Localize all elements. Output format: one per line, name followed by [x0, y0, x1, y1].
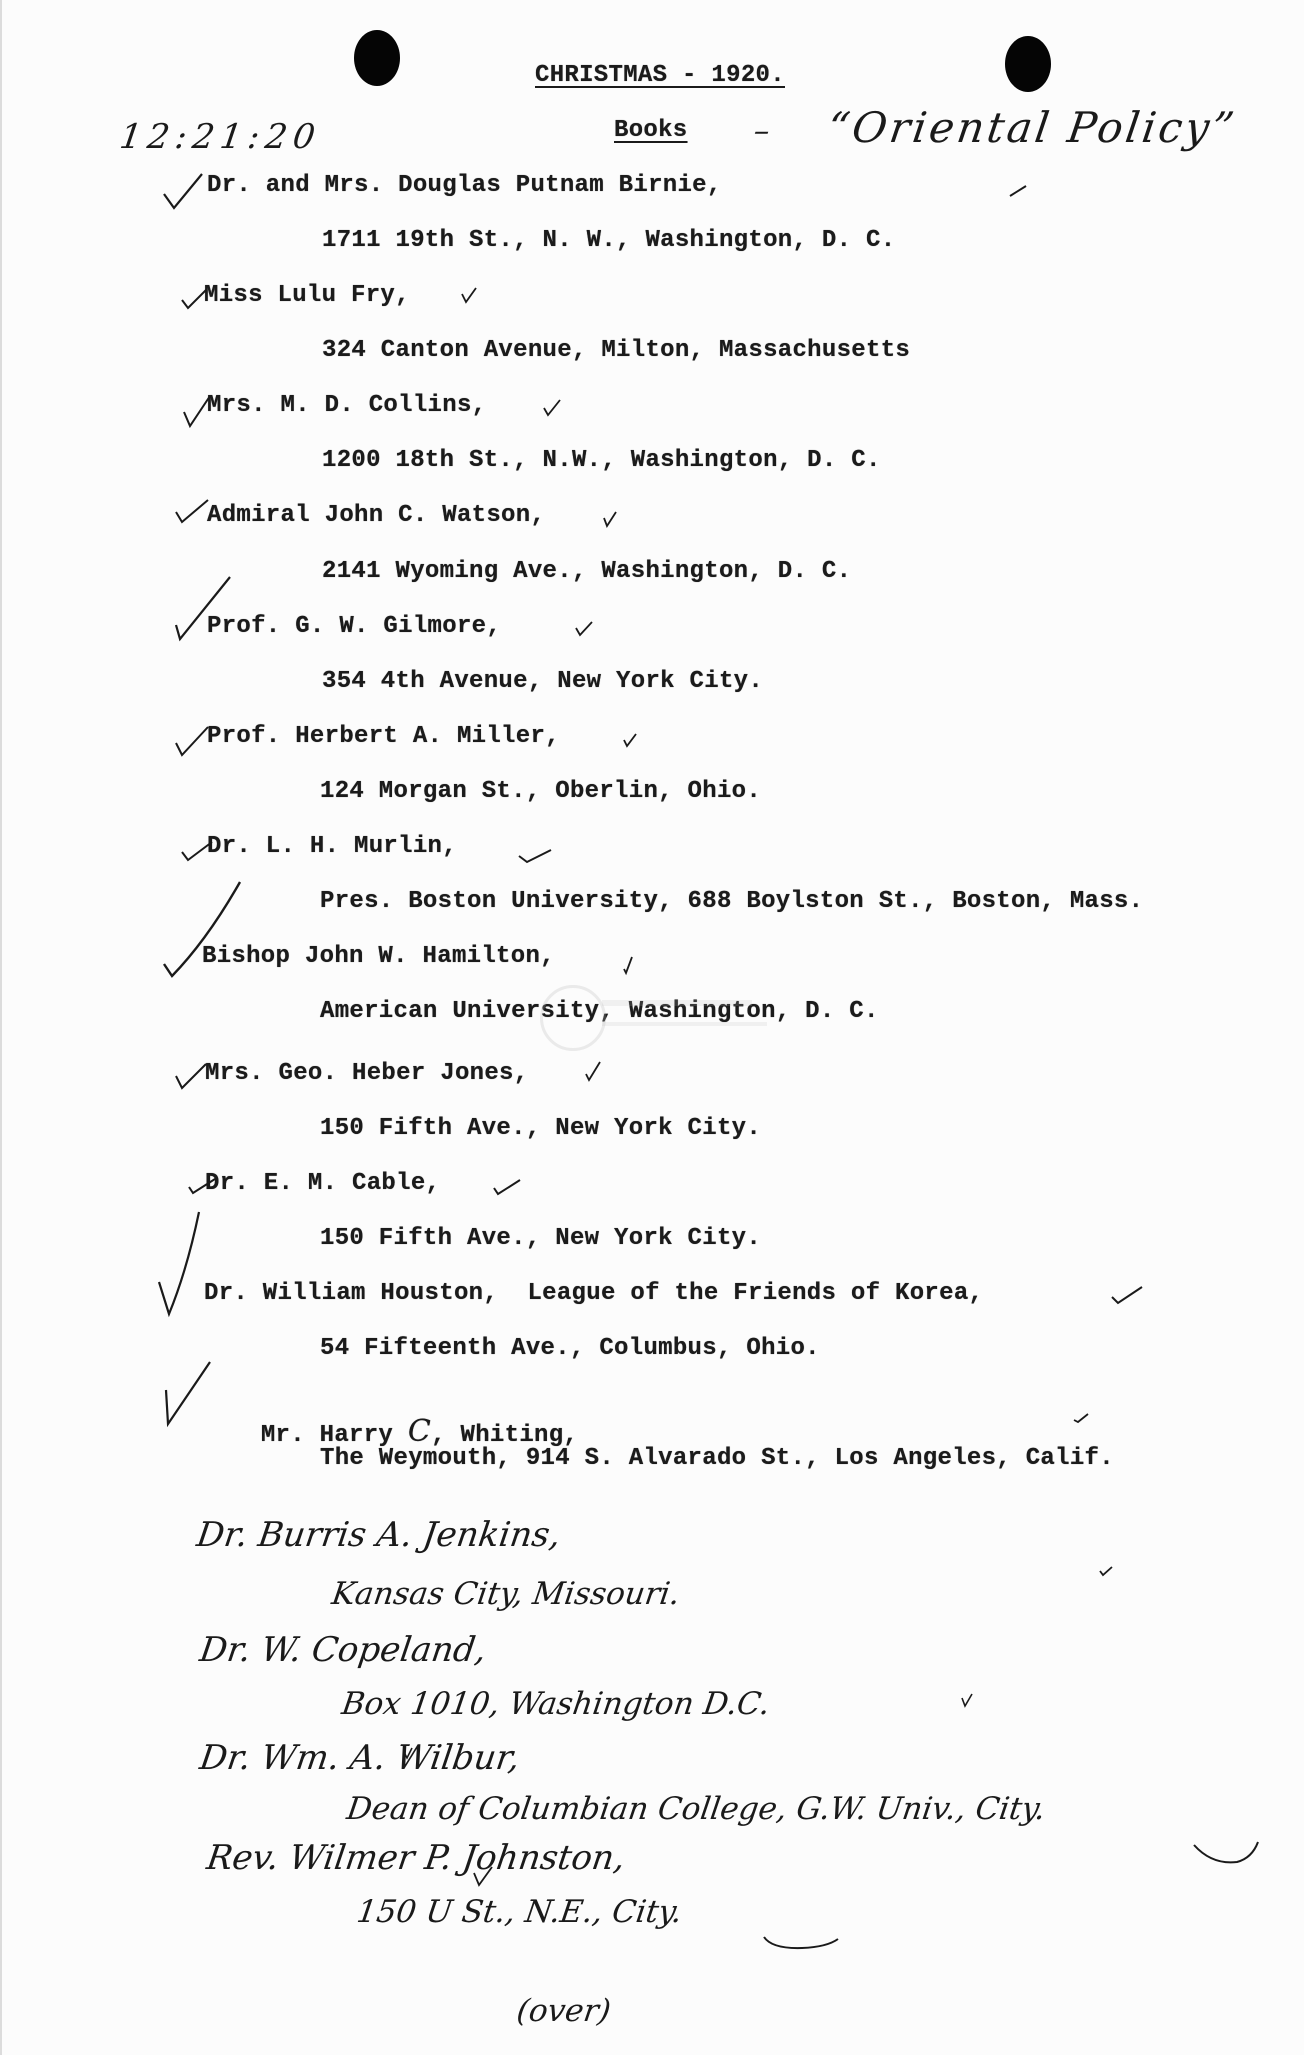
handwritten-address: Box 1010, Washington D.C. [339, 1685, 772, 1723]
check-mark-icon [187, 1175, 217, 1197]
check-mark-icon [162, 1360, 212, 1430]
entry-name: Prof. G. W. Gilmore, [207, 613, 501, 641]
hole-punch-right [1005, 36, 1051, 92]
check-mark-icon [180, 288, 210, 312]
document-page: CHRISTMAS - 1920. 12:21:20 Books – “Orie… [0, 0, 1304, 2055]
check-mark-icon [174, 498, 210, 528]
entry-name: Mrs. Geo. Heber Jones, [205, 1060, 528, 1088]
check-mark-icon [157, 1210, 207, 1320]
entry-address: 2141 Wyoming Ave., Washington, D. C. [322, 558, 851, 586]
check-mark-icon [472, 1865, 494, 1887]
entry-address: 1711 19th St., N. W., Washington, D. C. [322, 227, 895, 255]
check-mark-icon [584, 1060, 602, 1084]
handwritten-name: Dr. W. Copeland, [197, 1630, 489, 1670]
archive-watermark-line [602, 1000, 752, 1006]
archive-watermark-icon [540, 985, 606, 1051]
entry-name: Dr. L. H. Murlin, [207, 833, 457, 861]
check-mark-icon [622, 732, 638, 748]
check-mark-icon [180, 838, 214, 864]
check-mark-icon [602, 510, 618, 528]
entry-name: Dr. and Mrs. Douglas Putnam Birnie, [207, 172, 722, 200]
entry-address: 124 Morgan St., Oberlin, Ohio. [320, 778, 761, 806]
handwritten-name: Dr. Wm. A. Wilbur, [197, 1738, 522, 1778]
oriental-policy-annotation: “Oriental Policy” [825, 108, 1239, 148]
check-mark-icon [162, 172, 207, 212]
handwritten-address: 150 U St., N.E., City. [354, 1893, 684, 1931]
check-mark-icon [960, 1692, 974, 1708]
check-mark-icon [517, 846, 553, 866]
check-mark-icon [1098, 1565, 1114, 1577]
archive-watermark-line [602, 1022, 767, 1026]
hole-punch-left [354, 30, 400, 86]
check-mark-icon [1072, 1412, 1090, 1424]
entry-name: Mrs. M. D. Collins, [207, 392, 486, 420]
entry-address: 150 Fifth Ave., New York City. [320, 1115, 761, 1143]
check-mark-icon [174, 1062, 208, 1092]
handwritten-initial: C [408, 1414, 431, 1449]
check-mark-icon [492, 1178, 522, 1198]
city-underline-mark [1192, 1840, 1262, 1870]
page-title: CHRISTMAS - 1920. [535, 62, 785, 90]
check-mark-icon [542, 398, 562, 418]
city-underline-mark [762, 1935, 842, 1955]
section-heading-books: Books [614, 117, 688, 145]
check-mark-icon [622, 955, 634, 975]
check-mark-icon [1110, 1285, 1144, 1307]
entry-name: Admiral John C. Watson, [207, 502, 545, 530]
entry-address: 54 Fifteenth Ave., Columbus, Ohio. [320, 1335, 820, 1363]
annotation-dash: – [751, 112, 772, 150]
check-mark-icon [402, 1746, 414, 1760]
entry-name: Dr. E. M. Cable, [205, 1170, 440, 1198]
entry-name: Miss Lulu Fry, [204, 282, 410, 310]
check-mark-icon [182, 394, 212, 430]
entry-address: 150 Fifth Ave., New York City. [320, 1225, 761, 1253]
entry-address: Pres. Boston University, 688 Boylston St… [320, 888, 1143, 916]
handwritten-address: Dean of Columbian College, G.W. Univ., C… [344, 1790, 1047, 1828]
handwritten-name: Dr. Burris A. Jenkins, [194, 1515, 563, 1555]
handwritten-address: Kansas City, Missouri. [329, 1575, 682, 1613]
entry-address: 1200 18th St., N.W., Washington, D. C. [322, 447, 881, 475]
footer-over-note: (over) [514, 1992, 613, 2030]
check-mark-icon [174, 575, 234, 645]
entry-name: Prof. Herbert A. Miller, [207, 723, 560, 751]
check-mark-icon [174, 725, 210, 759]
entry-address: 354 4th Avenue, New York City. [322, 668, 763, 696]
check-mark-icon [162, 880, 242, 980]
check-mark-icon [574, 620, 594, 638]
entry-address: 324 Canton Avenue, Milton, Massachusetts [322, 337, 910, 365]
handwritten-name: Rev. Wilmer P. Johnston, [204, 1838, 627, 1878]
check-mark-icon [1008, 184, 1028, 198]
check-mark-icon [460, 286, 478, 304]
entry-address: The Weymouth, 914 S. Alvarado St., Los A… [320, 1445, 1114, 1473]
date-annotation: 12:21:20 [117, 118, 323, 156]
entry-name: Bishop John W. Hamilton, [202, 943, 555, 971]
entry-name: Dr. William Houston, League of the Frien… [204, 1280, 983, 1308]
